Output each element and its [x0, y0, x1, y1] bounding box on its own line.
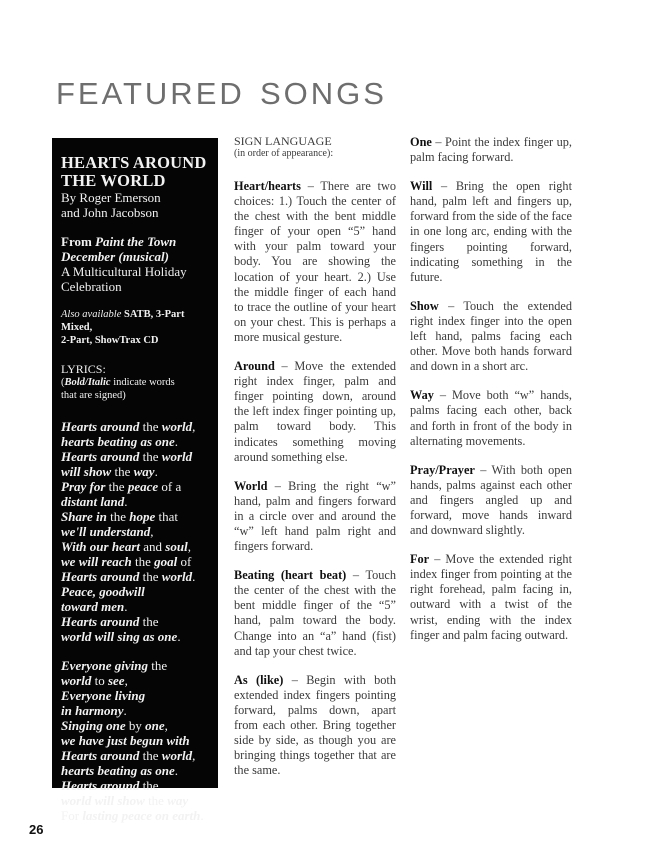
sign-entry: One – Point the index finger up, palm fa… — [410, 135, 572, 165]
lyric-line: Share in the hope that — [61, 509, 212, 524]
signed-word: way — [167, 793, 188, 808]
sign-language-subheader: (in order of appearance): — [234, 148, 396, 160]
signed-word: Hearts around — [61, 419, 139, 434]
lyric-text: the — [139, 778, 158, 793]
signed-word: hearts beating as one — [61, 434, 175, 449]
lyric-text: . — [175, 434, 178, 449]
sign-entry: Pray/Prayer – With both open hands, palm… — [410, 463, 572, 538]
signed-word: world — [61, 673, 91, 688]
signed-word: Singing one — [61, 718, 126, 733]
lyric-line: Everyone living — [61, 688, 212, 703]
sign-term: Way — [410, 388, 434, 402]
lyric-line: distant land. — [61, 494, 212, 509]
lyric-line: Hearts around the — [61, 614, 212, 629]
sign-language-column-1: SIGN LANGUAGE (in order of appearance): … — [234, 135, 396, 792]
sign-entry: Around – Move the extended right index f… — [234, 359, 396, 465]
signed-word: Pray for — [61, 479, 105, 494]
page-title: FEATURED SONGS — [56, 62, 387, 118]
byline: and John Jacobson — [61, 205, 212, 220]
lyric-line: we'll understand, — [61, 524, 212, 539]
lyric-text: . — [124, 494, 127, 509]
sign-description: – Move both “w” hands, palms facing each… — [410, 388, 572, 447]
signed-word: Peace, goodwill — [61, 584, 145, 599]
sign-language-column-2: One – Point the index finger up, palm fa… — [410, 135, 572, 657]
lyrics-note: (Bold/Italic indicate words — [61, 376, 212, 389]
lyric-text: the — [145, 793, 167, 808]
lyric-line: Hearts around the — [61, 778, 212, 793]
sign-description: – Move the extended right index finger f… — [410, 552, 572, 641]
lyric-text: the — [111, 464, 133, 479]
lyrics-note-bold: Bold/Italic — [65, 377, 111, 388]
editions: 2-Part, ShowTrax CD — [61, 334, 212, 347]
also-available: Also available SATB, 3-Part Mixed, — [61, 308, 212, 334]
lyric-line: Hearts around the world, — [61, 419, 212, 434]
lyric-line: we will reach the goal of — [61, 554, 212, 569]
sign-description: – Move the extended right index finger, … — [234, 359, 396, 464]
lyric-text: . — [175, 763, 178, 778]
lyric-text: . — [192, 569, 195, 584]
lyric-text: , — [125, 673, 128, 688]
lyric-line: Hearts around the world. — [61, 569, 212, 584]
lyric-text: and — [140, 539, 165, 554]
sign-description: – Begin with both extended index fingers… — [234, 673, 396, 778]
lyric-text: of a — [158, 479, 181, 494]
sign-term: For — [410, 552, 429, 566]
signed-word: peace — [128, 479, 158, 494]
lyric-text: . — [124, 599, 127, 614]
signed-word: Share in — [61, 509, 107, 524]
signed-word: world — [162, 748, 192, 763]
sign-entry: As (like) – Begin with both extended ind… — [234, 673, 396, 779]
lyric-line: Singing one by one, — [61, 718, 212, 733]
lyric-text: the — [105, 479, 127, 494]
lyric-line: we have just begun with — [61, 733, 212, 748]
signed-word: world will sing as one — [61, 629, 177, 644]
lyric-line: Peace, goodwill — [61, 584, 212, 599]
sign-language-header: SIGN LANGUAGE — [234, 135, 396, 148]
signed-word: Everyone giving — [61, 658, 148, 673]
lyric-text: . — [200, 808, 203, 823]
signed-word: world will show — [61, 793, 145, 808]
lyric-line: hearts beating as one. — [61, 434, 212, 449]
lyric-text: , — [150, 524, 153, 539]
lyrics-header: LYRICS: — [61, 363, 212, 376]
sign-term: Heart/hearts — [234, 179, 301, 193]
also-label: Also available — [61, 309, 124, 320]
signed-word: world — [162, 449, 192, 464]
sign-term: One — [410, 135, 432, 149]
signed-word: toward men — [61, 599, 124, 614]
musical-subtitle: A Multicultural Holiday — [61, 264, 212, 279]
lyric-line: toward men. — [61, 599, 212, 614]
musical-title: Paint the Town — [95, 234, 176, 249]
lyric-line: world will show the way — [61, 793, 212, 808]
sign-term: Show — [410, 299, 439, 313]
byline: By Roger Emerson — [61, 190, 212, 205]
signed-word: will show — [61, 464, 111, 479]
lyric-line: Hearts around the world — [61, 449, 212, 464]
sign-description: – There are two choices: 1.) Touch the c… — [234, 179, 396, 344]
signed-word: see — [108, 673, 125, 688]
sign-entry: For – Move the extended right index fing… — [410, 552, 572, 643]
signed-word: Hearts around — [61, 614, 139, 629]
sign-entry: World – Bring the right “w” hand, palm a… — [234, 479, 396, 554]
signed-word: Hearts around — [61, 569, 139, 584]
lyric-text: the — [139, 419, 161, 434]
lyric-line: hearts beating as one. — [61, 763, 212, 778]
signed-word: we have just begun with — [61, 733, 190, 748]
lyric-text: by — [126, 718, 146, 733]
lyric-text: . — [155, 464, 158, 479]
lyric-line: Hearts around the world, — [61, 748, 212, 763]
signed-word: hearts beating as one — [61, 763, 175, 778]
signed-word: lasting peace on earth — [82, 808, 200, 823]
lyric-line: With our heart and soul, — [61, 539, 212, 554]
signed-word: hope — [129, 509, 155, 524]
sign-entry: Way – Move both “w” hands, palms facing … — [410, 388, 572, 448]
signed-word: world — [162, 569, 192, 584]
lyric-line: Everyone giving the — [61, 658, 212, 673]
lyric-line: Pray for the peace of a — [61, 479, 212, 494]
lyric-text: , — [188, 539, 191, 554]
from-label: From — [61, 234, 95, 249]
lyric-text: the — [132, 554, 154, 569]
lyrics-verse-2: Everyone giving theworld to see,Everyone… — [61, 658, 212, 823]
lyric-line: will show the way. — [61, 464, 212, 479]
lyric-text: , — [165, 718, 168, 733]
signed-word: Hearts around — [61, 748, 139, 763]
lyric-text: the — [148, 658, 167, 673]
lyric-text: , — [192, 419, 195, 434]
sign-term: World — [234, 479, 267, 493]
signed-word: we'll understand — [61, 524, 150, 539]
song-title-line: THE WORLD — [61, 172, 212, 190]
signed-word: soul — [165, 539, 187, 554]
lyric-text: the — [107, 509, 129, 524]
lyric-line: in harmony. — [61, 703, 212, 718]
lyric-text: to — [91, 673, 108, 688]
song-title: HEARTS AROUND THE WORLD — [61, 154, 212, 190]
lyric-line: world will sing as one. — [61, 629, 212, 644]
lyric-text: For — [61, 808, 82, 823]
lyric-text: , — [192, 748, 195, 763]
lyric-text: the — [139, 569, 161, 584]
signed-word: way — [134, 464, 155, 479]
signed-word: we will reach — [61, 554, 132, 569]
lyric-text: the — [139, 614, 158, 629]
musical-title: December (musical) — [61, 249, 212, 264]
lyric-text: the — [139, 449, 161, 464]
sign-term: Will — [410, 179, 432, 193]
sign-entries: One – Point the index finger up, palm fa… — [410, 135, 572, 643]
sign-term: As (like) — [234, 673, 283, 687]
sign-term: Beating (heart beat) — [234, 568, 346, 582]
sign-entry: Heart/hearts – There are two choices: 1.… — [234, 179, 396, 345]
lyric-line: For lasting peace on earth. — [61, 808, 212, 823]
lyric-line: world to see, — [61, 673, 212, 688]
signed-word: Everyone living — [61, 688, 145, 703]
sign-term: Pray/Prayer — [410, 463, 475, 477]
signed-word: world — [162, 419, 192, 434]
lyric-text: that — [155, 509, 178, 524]
page-number: 26 — [29, 822, 43, 837]
song-title-line: HEARTS AROUND — [61, 154, 212, 172]
sign-entry: Beating (heart beat) – Touch the center … — [234, 568, 396, 659]
source-musical: From Paint the Town — [61, 234, 212, 249]
lyric-text: . — [124, 703, 127, 718]
sign-entry: Show – Touch the extended right index fi… — [410, 299, 572, 374]
sign-entry: Will – Bring the open right hand, palm l… — [410, 179, 572, 285]
sign-description: – Bring the open right hand, palm left a… — [410, 179, 572, 284]
signed-word: in harmony — [61, 703, 124, 718]
signed-word: distant land — [61, 494, 124, 509]
signed-word: Hearts around — [61, 778, 139, 793]
lyric-text: the — [139, 748, 161, 763]
song-info-sidebar: HEARTS AROUND THE WORLD By Roger Emerson… — [52, 138, 218, 788]
musical-subtitle: Celebration — [61, 279, 212, 294]
sign-entries: Heart/hearts – There are two choices: 1.… — [234, 179, 396, 778]
sign-description: – Point the index finger up, palm facing… — [410, 135, 572, 164]
lyrics-note-text: indicate words — [111, 377, 175, 388]
signed-word: one — [145, 718, 165, 733]
signed-word: With our heart — [61, 539, 140, 554]
lyric-text: . — [177, 629, 180, 644]
signed-word: Hearts around — [61, 449, 139, 464]
lyric-text: of — [177, 554, 191, 569]
lyrics-note: that are signed) — [61, 389, 212, 402]
sign-term: Around — [234, 359, 275, 373]
signed-word: goal — [154, 554, 177, 569]
lyrics-verse-1: Hearts around the world,hearts beating a… — [61, 419, 212, 644]
